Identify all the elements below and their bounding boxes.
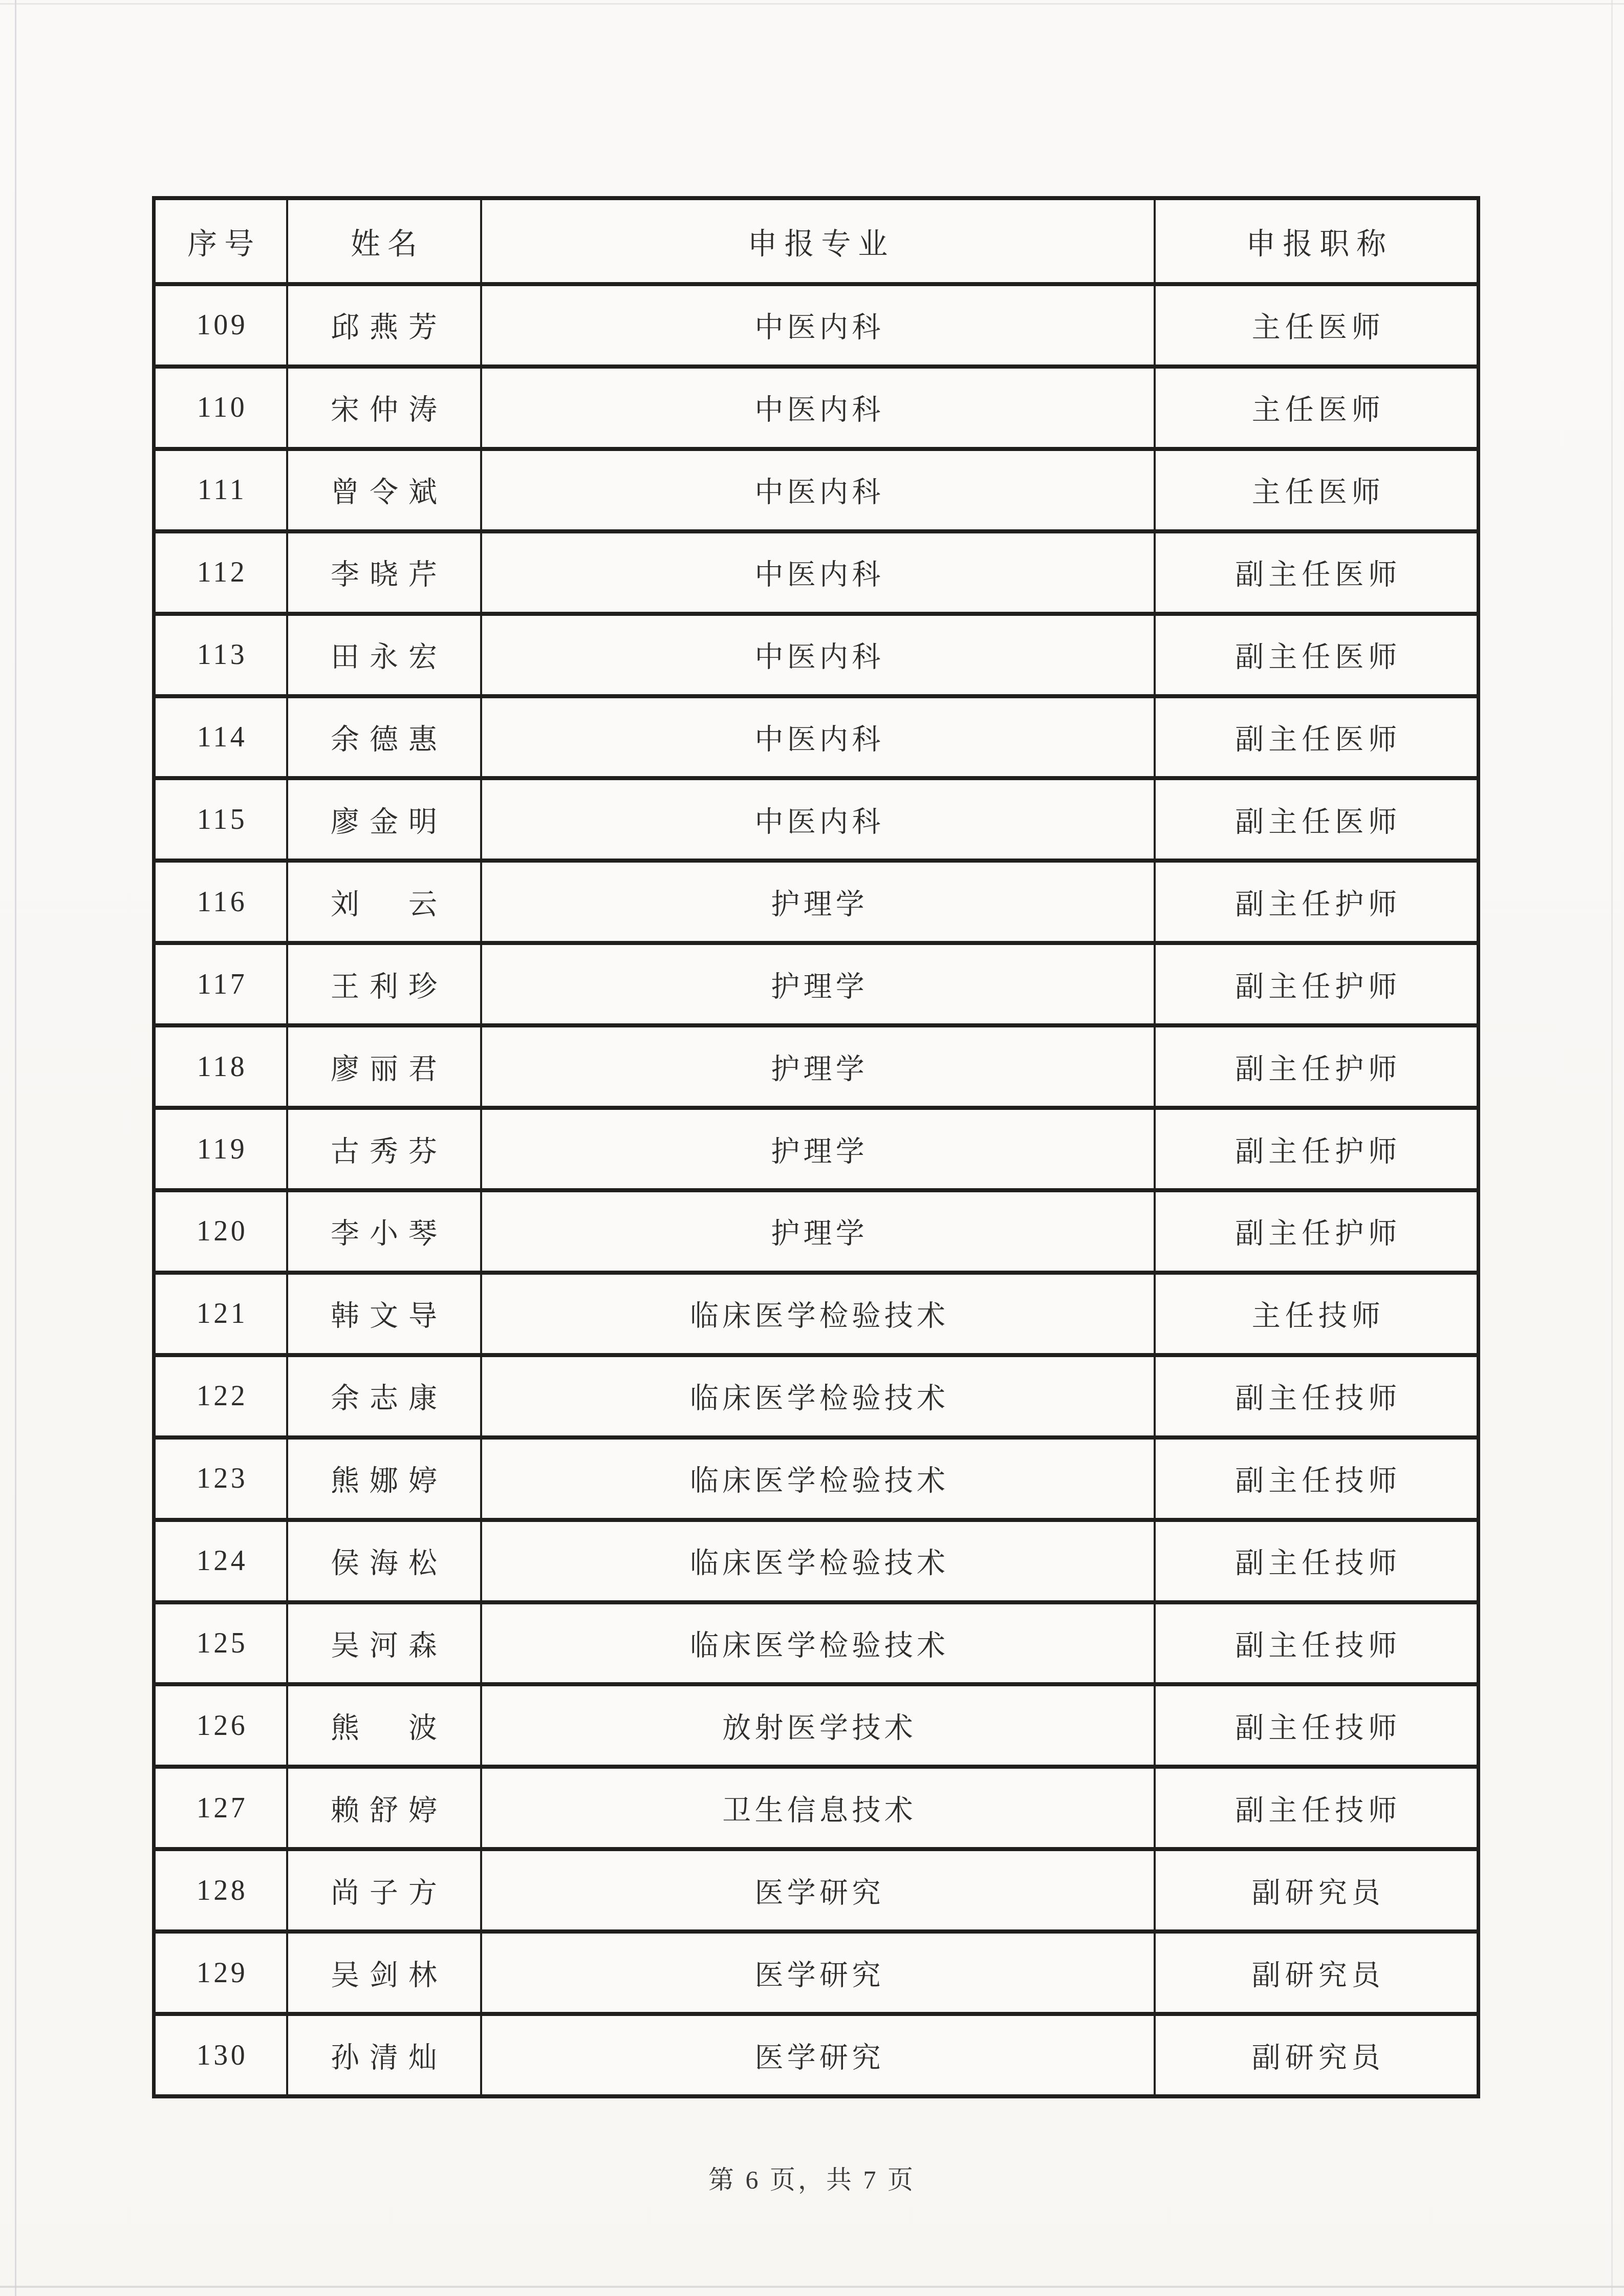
title-cell: 副主任技师	[1155, 1520, 1479, 1602]
title-cell: 主任医师	[1155, 367, 1479, 449]
scan-edge-bottom	[0, 2286, 1624, 2288]
serial-number-cell: 130	[154, 2014, 287, 2096]
page-number-footer: 第 6 页，共 7 页	[0, 2159, 1624, 2196]
name-cell: 廖金明	[287, 778, 481, 861]
serial-number-cell: 127	[154, 1767, 287, 1849]
table-row: 126熊波放射医学技术副主任技师	[154, 1684, 1479, 1767]
serial-number-cell: 110	[154, 367, 287, 449]
specialty-cell: 护理学	[481, 861, 1155, 943]
applicant-name: 李晓芹	[331, 552, 437, 593]
name-cell: 王利珍	[287, 943, 481, 1025]
specialty-cell: 医学研究	[481, 1849, 1155, 1932]
specialty-cell: 中医内科	[481, 284, 1155, 367]
table-body: 109邱燕芳中医内科主任医师110宋仲涛中医内科主任医师111曾令斌中医内科主任…	[154, 284, 1479, 2096]
specialty-cell: 临床医学检验技术	[481, 1273, 1155, 1355]
table-row: 119古秀芬护理学副主任护师	[154, 1108, 1479, 1190]
applicant-name: 余志康	[331, 1376, 437, 1417]
table-row: 110宋仲涛中医内科主任医师	[154, 367, 1479, 449]
serial-number-cell: 121	[154, 1273, 287, 1355]
specialty-cell: 护理学	[481, 1108, 1155, 1190]
title-cell: 主任医师	[1155, 449, 1479, 531]
serial-number-cell: 119	[154, 1108, 287, 1190]
scan-edge-right	[1611, 0, 1613, 2296]
name-cell: 廖丽君	[287, 1025, 481, 1108]
applicant-name: 赖舒婷	[331, 1788, 437, 1829]
name-cell: 余志康	[287, 1355, 481, 1437]
applicant-name: 田永宏	[331, 634, 437, 675]
serial-number-cell: 115	[154, 778, 287, 861]
table-row: 127赖舒婷卫生信息技术副主任技师	[154, 1767, 1479, 1849]
title-cell: 副主任医师	[1155, 531, 1479, 614]
table-row: 122余志康临床医学检验技术副主任技师	[154, 1355, 1479, 1437]
table-row: 124侯海松临床医学检验技术副主任技师	[154, 1520, 1479, 1602]
specialty-cell: 医学研究	[481, 1932, 1155, 2014]
serial-number-cell: 123	[154, 1437, 287, 1520]
applicant-name: 尚子方	[331, 1870, 437, 1911]
name-cell: 邱燕芳	[287, 284, 481, 367]
specialty-cell: 护理学	[481, 1025, 1155, 1108]
specialty-cell: 中医内科	[481, 367, 1155, 449]
specialty-cell: 中医内科	[481, 696, 1155, 779]
name-cell: 孙清灿	[287, 2014, 481, 2096]
specialty-cell: 放射医学技术	[481, 1684, 1155, 1767]
applicant-name: 宋仲涛	[331, 387, 437, 428]
serial-number-cell: 125	[154, 1602, 287, 1685]
name-cell: 赖舒婷	[287, 1767, 481, 1849]
title-cell: 副主任医师	[1155, 696, 1479, 779]
name-cell: 李小琴	[287, 1190, 481, 1273]
table-row: 114余德惠中医内科副主任医师	[154, 696, 1479, 779]
serial-number-cell: 117	[154, 943, 287, 1025]
specialty-cell: 中医内科	[481, 449, 1155, 531]
name-cell: 吴剑林	[287, 1932, 481, 2014]
specialty-cell: 临床医学检验技术	[481, 1437, 1155, 1520]
applicant-roster-table: 序号 姓名 申报专业 申报职称 109邱燕芳中医内科主任医师110宋仲涛中医内科…	[152, 196, 1480, 2098]
name-cell: 熊娜婷	[287, 1437, 481, 1520]
serial-number-cell: 116	[154, 861, 287, 943]
serial-number-cell: 128	[154, 1849, 287, 1932]
specialty-cell: 临床医学检验技术	[481, 1602, 1155, 1685]
title-cell: 副主任技师	[1155, 1602, 1479, 1685]
table-row: 130孙清灿医学研究副研究员	[154, 2014, 1479, 2096]
scan-edge-left	[15, 0, 16, 2296]
applicant-name: 李小琴	[331, 1211, 437, 1252]
scanned-document-page: 序号 姓名 申报专业 申报职称 109邱燕芳中医内科主任医师110宋仲涛中医内科…	[0, 0, 1624, 2296]
title-cell: 主任医师	[1155, 284, 1479, 367]
serial-number-cell: 129	[154, 1932, 287, 2014]
header-serial-number: 序号	[154, 198, 287, 284]
title-cell: 副研究员	[1155, 2014, 1479, 2096]
serial-number-cell: 113	[154, 614, 287, 696]
applicant-name: 邱燕芳	[331, 305, 437, 346]
applicant-name: 侯海松	[331, 1540, 437, 1581]
applicant-name: 吴剑林	[331, 1952, 437, 1993]
specialty-cell: 卫生信息技术	[481, 1767, 1155, 1849]
applicant-name: 韩文导	[331, 1293, 437, 1334]
serial-number-cell: 122	[154, 1355, 287, 1437]
title-cell: 副研究员	[1155, 1932, 1479, 2014]
scan-edge-top	[0, 3, 1624, 5]
title-cell: 主任技师	[1155, 1273, 1479, 1355]
table-row: 118廖丽君护理学副主任护师	[154, 1025, 1479, 1108]
applicant-name: 廖丽君	[331, 1046, 437, 1087]
specialty-cell: 中医内科	[481, 614, 1155, 696]
table-row: 116刘云护理学副主任护师	[154, 861, 1479, 943]
name-cell: 李晓芹	[287, 531, 481, 614]
title-cell: 副主任技师	[1155, 1684, 1479, 1767]
serial-number-cell: 126	[154, 1684, 287, 1767]
table-row: 121韩文导临床医学检验技术主任技师	[154, 1273, 1479, 1355]
table-row: 113田永宏中医内科副主任医师	[154, 614, 1479, 696]
title-cell: 副主任技师	[1155, 1767, 1479, 1849]
title-cell: 副主任医师	[1155, 778, 1479, 861]
applicant-name: 余德惠	[331, 717, 437, 758]
name-cell: 侯海松	[287, 1520, 481, 1602]
name-cell: 余德惠	[287, 696, 481, 779]
applicant-name: 曾令斌	[331, 469, 437, 510]
table-header-row: 序号 姓名 申报专业 申报职称	[154, 198, 1479, 284]
title-cell: 副主任技师	[1155, 1355, 1479, 1437]
applicant-name: 孙清灿	[331, 2035, 437, 2076]
applicant-name: 熊波	[331, 1705, 437, 1746]
serial-number-cell: 124	[154, 1520, 287, 1602]
table-row: 115廖金明中医内科副主任医师	[154, 778, 1479, 861]
header-name: 姓名	[287, 198, 481, 284]
specialty-cell: 中医内科	[481, 778, 1155, 861]
serial-number-cell: 118	[154, 1025, 287, 1108]
header-declared-title: 申报职称	[1155, 198, 1479, 284]
specialty-cell: 临床医学检验技术	[481, 1520, 1155, 1602]
title-cell: 副主任医师	[1155, 614, 1479, 696]
title-cell: 副主任护师	[1155, 861, 1479, 943]
specialty-cell: 中医内科	[481, 531, 1155, 614]
specialty-cell: 护理学	[481, 1190, 1155, 1273]
serial-number-cell: 111	[154, 449, 287, 531]
table-row: 125吴河森临床医学检验技术副主任技师	[154, 1602, 1479, 1685]
header-declared-specialty: 申报专业	[481, 198, 1155, 284]
applicant-name: 刘云	[331, 882, 437, 922]
applicant-name: 古秀芬	[331, 1129, 437, 1170]
applicant-name: 王利珍	[331, 964, 437, 1005]
table-row: 120李小琴护理学副主任护师	[154, 1190, 1479, 1273]
serial-number-cell: 114	[154, 696, 287, 779]
title-cell: 副主任护师	[1155, 1108, 1479, 1190]
title-cell: 副主任护师	[1155, 1025, 1479, 1108]
table-row: 117王利珍护理学副主任护师	[154, 943, 1479, 1025]
name-cell: 吴河森	[287, 1602, 481, 1685]
name-cell: 尚子方	[287, 1849, 481, 1932]
name-cell: 刘云	[287, 861, 481, 943]
applicant-name: 廖金明	[331, 799, 437, 840]
name-cell: 田永宏	[287, 614, 481, 696]
name-cell: 宋仲涛	[287, 367, 481, 449]
table-row: 111曾令斌中医内科主任医师	[154, 449, 1479, 531]
applicant-name: 熊娜婷	[331, 1458, 437, 1499]
table-row: 129吴剑林医学研究副研究员	[154, 1932, 1479, 2014]
name-cell: 古秀芬	[287, 1108, 481, 1190]
specialty-cell: 临床医学检验技术	[481, 1355, 1155, 1437]
title-cell: 副研究员	[1155, 1849, 1479, 1932]
serial-number-cell: 112	[154, 531, 287, 614]
name-cell: 韩文导	[287, 1273, 481, 1355]
serial-number-cell: 120	[154, 1190, 287, 1273]
serial-number-cell: 109	[154, 284, 287, 367]
applicant-name: 吴河森	[331, 1623, 437, 1664]
title-cell: 副主任技师	[1155, 1437, 1479, 1520]
specialty-cell: 医学研究	[481, 2014, 1155, 2096]
name-cell: 曾令斌	[287, 449, 481, 531]
table-row: 123熊娜婷临床医学检验技术副主任技师	[154, 1437, 1479, 1520]
name-cell: 熊波	[287, 1684, 481, 1767]
title-cell: 副主任护师	[1155, 943, 1479, 1025]
table-row: 128尚子方医学研究副研究员	[154, 1849, 1479, 1932]
specialty-cell: 护理学	[481, 943, 1155, 1025]
table-row: 109邱燕芳中医内科主任医师	[154, 284, 1479, 367]
title-cell: 副主任护师	[1155, 1190, 1479, 1273]
table-row: 112李晓芹中医内科副主任医师	[154, 531, 1479, 614]
